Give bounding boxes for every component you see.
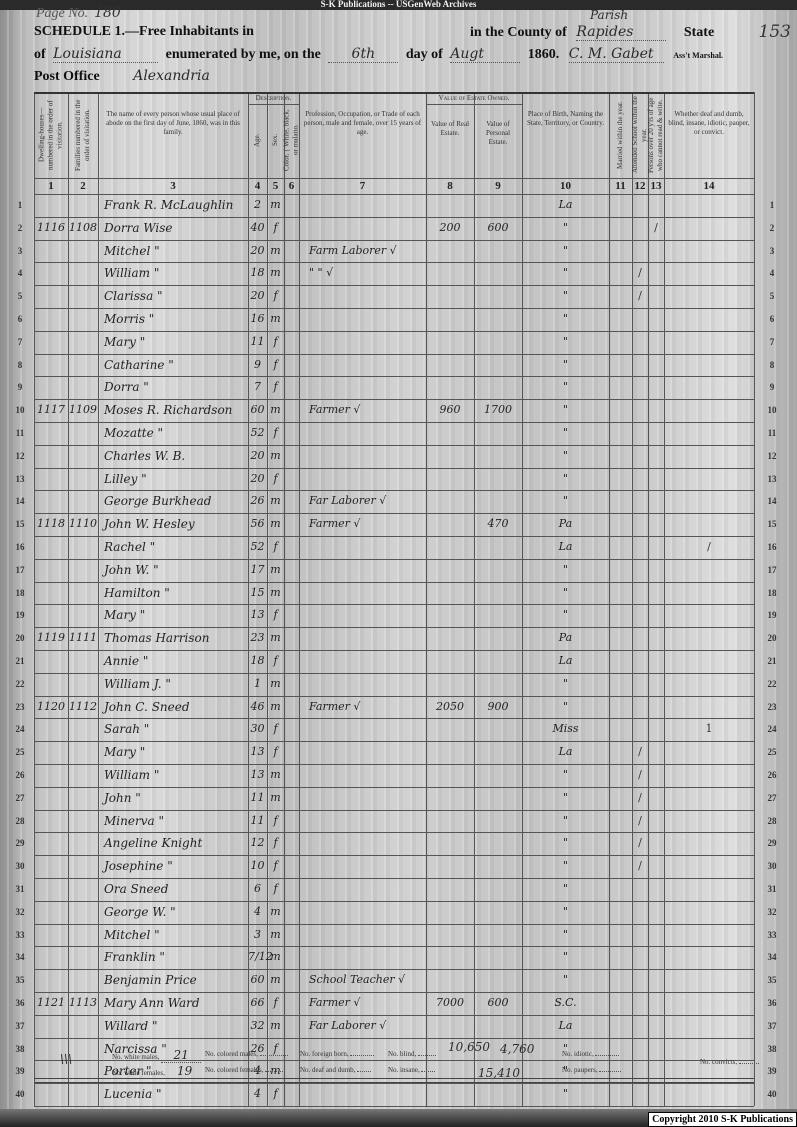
age: 10 — [248, 859, 267, 872]
birthplace: " — [522, 335, 609, 348]
sex: f — [267, 745, 284, 758]
sex: m — [267, 586, 284, 599]
birthplace: " — [522, 244, 609, 257]
attended-school: / — [632, 768, 648, 781]
sex: m — [267, 700, 284, 713]
county-line: in the County of Parish Rapides State — [470, 24, 714, 41]
line-number-right: 29 — [764, 838, 780, 848]
post-office-line: Post Office Alexandria — [34, 68, 210, 85]
line-number-right: 13 — [764, 474, 780, 484]
family-number: 1111 — [68, 631, 98, 644]
line-number-right: 4 — [764, 268, 780, 278]
person-name: William " — [104, 768, 159, 782]
age: 17 — [248, 563, 267, 576]
line-number-right: 35 — [764, 975, 780, 985]
line-number-right: 11 — [764, 428, 780, 438]
column-header-14: Whether deaf and dumb, blind, insane, id… — [667, 110, 751, 137]
attended-school: / — [632, 859, 648, 872]
marshal-name: C. M. Gabet — [569, 46, 664, 63]
birthplace: La — [522, 198, 609, 211]
birthplace: " — [522, 403, 609, 416]
line-number-right: 2 — [764, 223, 780, 233]
group-rule — [426, 104, 522, 105]
column-header-2: Families numbered in the order of visita… — [70, 96, 96, 174]
real-estate-value: 2050 — [426, 700, 474, 713]
age: 4 — [248, 905, 267, 918]
line-number-right: 14 — [764, 496, 780, 506]
colored-males-label: No. colored males, — [205, 1050, 258, 1058]
age: 1 — [248, 677, 267, 690]
age: 11 — [248, 814, 267, 827]
column-number-7: 7 — [299, 180, 426, 192]
family-number: 1109 — [68, 403, 98, 416]
column-number-14: 14 — [664, 180, 754, 192]
header-bottom-rule — [34, 178, 754, 179]
age: 46 — [248, 700, 267, 713]
line-number-right: 18 — [764, 588, 780, 598]
personal-estate-value: 600 — [474, 221, 522, 234]
line-number-right: 36 — [764, 998, 780, 1008]
deaf-dumb-count: No. deaf and dumb, — [300, 1066, 371, 1074]
age: 6 — [248, 882, 267, 895]
age: 7/12 — [248, 950, 267, 963]
line-number-left: 20 — [12, 633, 28, 643]
page-number-label: Page No. — [36, 6, 88, 21]
line-number-left: 19 — [12, 610, 28, 620]
birthplace: " — [522, 221, 609, 234]
sex: m — [267, 928, 284, 941]
line-number-left: 9 — [12, 382, 28, 392]
age: 13 — [248, 608, 267, 621]
stamp-number: 153 — [759, 22, 791, 42]
birthplace: " — [522, 380, 609, 393]
convicts-label: No. convicts, — [700, 1058, 737, 1066]
insane-count: No. insane, — [388, 1066, 435, 1074]
line-number-left: 16 — [12, 542, 28, 552]
line-number-left: 36 — [12, 998, 28, 1008]
age: 60 — [248, 973, 267, 986]
year-value: 1860. — [528, 47, 560, 62]
parish-value: Parish — [590, 8, 628, 22]
sex: m — [267, 312, 284, 325]
person-name: John " — [104, 791, 141, 805]
page-number-value: 180 — [94, 5, 121, 21]
line-number-left: 12 — [12, 451, 28, 461]
age: 11 — [248, 791, 267, 804]
line-number-left: 8 — [12, 360, 28, 370]
age: 2 — [248, 198, 267, 211]
idiotic-label: No. idiotic, — [562, 1050, 594, 1058]
birthplace: Miss — [522, 722, 609, 735]
column-number-5: 5 — [267, 180, 284, 192]
line-number-right: 24 — [764, 724, 780, 734]
footer-rule — [34, 1078, 754, 1083]
person-name: Moses R. Richardson — [104, 403, 232, 417]
blind-label: No. blind, — [388, 1050, 416, 1058]
personal-estate-value: 900 — [474, 700, 522, 713]
birthplace: La — [522, 540, 609, 553]
insane-label: No. insane, — [388, 1066, 420, 1074]
person-name: Mary " — [104, 608, 145, 622]
occupation: " " √ — [309, 266, 333, 279]
family-number: 1110 — [68, 517, 98, 530]
real-estate-total: 10,650 — [448, 1040, 490, 1054]
birthplace: S.C. — [522, 996, 609, 1009]
person-name: Mary " — [104, 745, 145, 759]
white-females-count: No. white females, 19 — [112, 1064, 203, 1079]
age: 30 — [248, 722, 267, 735]
foreign-born-label: No. foreign born, — [300, 1050, 349, 1058]
age: 13 — [248, 768, 267, 781]
age: 52 — [248, 426, 267, 439]
column-header-7: Profession, Occupation, or Trade of each… — [302, 110, 423, 137]
age: 9 — [248, 358, 267, 371]
age: 16 — [248, 312, 267, 325]
birthplace: " — [522, 700, 609, 713]
person-name: Rachel " — [104, 540, 155, 554]
birthplace: " — [522, 266, 609, 279]
copyright-notice: Copyright 2010 S-K Publications — [648, 1112, 797, 1127]
column-number-3: 3 — [98, 180, 248, 192]
line-number-left: 25 — [12, 747, 28, 757]
dwelling-number: 1118 — [34, 517, 68, 530]
line-number-right: 37 — [764, 1021, 780, 1031]
line-number-right: 1 — [764, 200, 780, 210]
line-number-right: 34 — [764, 952, 780, 962]
line-number-left: 13 — [12, 474, 28, 484]
sex: m — [267, 768, 284, 781]
sex: m — [267, 403, 284, 416]
line-number-left: 40 — [12, 1089, 28, 1099]
line-number-left: 33 — [12, 930, 28, 940]
sex: m — [267, 791, 284, 804]
person-name: William J. " — [104, 677, 171, 691]
column-header-11: Married within the year. — [611, 96, 630, 174]
personal-estate-value: 470 — [474, 517, 522, 530]
paupers-count: No. paupers, — [562, 1066, 621, 1074]
deaf-blind-insane: 1 — [664, 722, 754, 735]
white-males-label: No. white males, — [112, 1053, 159, 1061]
schedule-label: SCHEDULE 1. — [34, 24, 125, 39]
person-name: Thomas Harrison — [104, 631, 210, 645]
line-number-right: 33 — [764, 930, 780, 940]
age: 20 — [248, 449, 267, 462]
idiotic-count: No. idiotic, — [562, 1050, 619, 1058]
column-header-3: The name of every person whose usual pla… — [101, 110, 245, 137]
line-number-left: 5 — [12, 291, 28, 301]
sex: m — [267, 449, 284, 462]
person-name: Dorra Wise — [104, 221, 173, 235]
sex: f — [267, 1087, 284, 1100]
header-top-rule — [34, 92, 754, 94]
age: 3 — [248, 928, 267, 941]
sex: f — [267, 996, 284, 1009]
convicts-count: No. convicts, — [700, 1058, 759, 1066]
column-number-13: 13 — [648, 180, 664, 192]
column-number-1: 1 — [34, 180, 68, 192]
sex: f — [267, 882, 284, 895]
white-males-count: No. white males, 21 — [112, 1048, 201, 1063]
person-name: John W. Hesley — [104, 517, 195, 531]
sex: m — [267, 198, 284, 211]
line-number-right: 23 — [764, 702, 780, 712]
sex: m — [267, 244, 284, 257]
age: 26 — [248, 494, 267, 507]
person-name: Franklin " — [104, 950, 165, 964]
person-name: George W. " — [104, 905, 176, 919]
person-name: George Burkhead — [104, 494, 211, 508]
sex: f — [267, 814, 284, 827]
county-value: Rapides — [576, 24, 666, 41]
post-office-label: Post Office — [34, 69, 100, 84]
column-rule — [754, 92, 755, 1106]
group-rule — [248, 104, 299, 105]
age: 40 — [248, 221, 267, 234]
sex: f — [267, 836, 284, 849]
sex: m — [267, 973, 284, 986]
day-value: 6th — [328, 46, 398, 63]
line-number-left: 18 — [12, 588, 28, 598]
line-number-right: 16 — [764, 542, 780, 552]
real-estate-value: 960 — [426, 403, 474, 416]
sex: m — [267, 1019, 284, 1032]
deaf-dumb-label: No. deaf and dumb, — [300, 1066, 355, 1074]
line-number-left: 4 — [12, 268, 28, 278]
column-header-8: Value of Real Estate. — [429, 120, 471, 138]
person-name: Benjamin Price — [104, 973, 197, 987]
sex: m — [267, 517, 284, 530]
birthplace: " — [522, 950, 609, 963]
person-name: Josephine " — [104, 859, 173, 873]
column-header-10: Place of Birth, Naming the State, Territ… — [525, 110, 606, 128]
birthplace: " — [522, 791, 609, 804]
line-number-right: 9 — [764, 382, 780, 392]
age: 52 — [248, 540, 267, 553]
line-number-right: 10 — [764, 405, 780, 415]
line-number-left: 11 — [12, 428, 28, 438]
enumeration-line: of Louisiana enumerated by me, on the 6t… — [34, 46, 723, 63]
census-page: S-K Publications -- USGenWeb Archives Pa… — [0, 0, 797, 1127]
age: 66 — [248, 996, 267, 1009]
line-number-right: 15 — [764, 519, 780, 529]
occupation: Farmer √ — [309, 996, 360, 1009]
sex: f — [267, 358, 284, 371]
real-estate-value: 200 — [426, 221, 474, 234]
line-number-left: 32 — [12, 907, 28, 917]
foreign-born-count: No. foreign born, — [300, 1050, 374, 1058]
column-number-10: 10 — [522, 180, 609, 192]
birthplace: " — [522, 859, 609, 872]
column-header-13: Persons over 20 y'rs of age who cannot r… — [650, 96, 662, 174]
age: 56 — [248, 517, 267, 530]
birthplace: " — [522, 768, 609, 781]
dwelling-number: 1121 — [34, 996, 68, 1009]
age: 13 — [248, 745, 267, 758]
birthplace: Pa — [522, 517, 609, 530]
tally-mark: \\\ — [60, 1052, 72, 1066]
person-name: Hamilton " — [104, 586, 170, 600]
sex: f — [267, 426, 284, 439]
person-name: Morris " — [104, 312, 154, 326]
birthplace: " — [522, 973, 609, 986]
line-number-left: 15 — [12, 519, 28, 529]
tally-mark-text: \\\ — [60, 1052, 72, 1066]
blind-count: No. blind, — [388, 1050, 436, 1058]
attended-school: / — [632, 791, 648, 804]
sex: m — [267, 494, 284, 507]
sex: f — [267, 722, 284, 735]
sex: m — [267, 950, 284, 963]
white-females-label: No. white females, — [112, 1069, 165, 1077]
colored-females-count: No. colored females, — [205, 1066, 285, 1074]
person-name: Catharine " — [104, 358, 174, 372]
birthplace: " — [522, 586, 609, 599]
line-number-right: 31 — [764, 884, 780, 894]
county-label: in the County of — [470, 25, 567, 40]
line-number-left: 24 — [12, 724, 28, 734]
family-number: 1108 — [68, 221, 98, 234]
sex: f — [267, 608, 284, 621]
line-number-left: 17 — [12, 565, 28, 575]
white-females-value: 19 — [167, 1064, 203, 1079]
personal-estate-value: 600 — [474, 996, 522, 1009]
family-number: 1112 — [68, 700, 98, 713]
sex: f — [267, 221, 284, 234]
line-number-right: 39 — [764, 1066, 780, 1076]
person-name: William " — [104, 266, 159, 280]
column-header-9: Value of Personal Estate. — [477, 120, 519, 147]
line-number-right: 38 — [764, 1044, 780, 1054]
line-number-left: 22 — [12, 679, 28, 689]
sex: f — [267, 289, 284, 302]
occupation: Far Laborer √ — [309, 494, 386, 507]
birthplace: La — [522, 1019, 609, 1032]
attended-school: / — [632, 814, 648, 827]
sex: f — [267, 380, 284, 393]
person-name: Sarah " — [104, 722, 149, 736]
line-number-left: 6 — [12, 314, 28, 324]
page-number: Page No.180 — [36, 5, 121, 22]
person-name: John C. Sneed — [104, 700, 190, 714]
line-number-left: 14 — [12, 496, 28, 506]
person-name: Mitchel " — [104, 928, 160, 942]
attended-school: / — [632, 836, 648, 849]
person-name: Lucenia " — [104, 1087, 162, 1101]
birthplace: Pa — [522, 631, 609, 644]
age: 32 — [248, 1019, 267, 1032]
occupation: Farm Laborer √ — [309, 244, 397, 257]
census-table: Description.Value of Estate Owned.Dwelli… — [34, 92, 754, 1042]
line-number-left: 39 — [12, 1066, 28, 1076]
line-number-left: 21 — [12, 656, 28, 666]
line-number-right: 19 — [764, 610, 780, 620]
person-name: Dorra " — [104, 380, 149, 394]
schedule-title: SCHEDULE 1.—Free Inhabitants in — [34, 24, 254, 40]
line-number-right: 12 — [764, 451, 780, 461]
person-name: Annie " — [104, 654, 148, 668]
birthplace: " — [522, 472, 609, 485]
cannot-read-write: / — [648, 221, 664, 234]
line-number-left: 7 — [12, 337, 28, 347]
column-number-11: 11 — [609, 180, 632, 192]
attended-school: / — [632, 745, 648, 758]
person-name: Willard " — [104, 1019, 158, 1033]
line-number-right: 3 — [764, 246, 780, 256]
column-header-1: Dwelling-houses—numbered in the order of… — [36, 96, 66, 174]
sex: f — [267, 335, 284, 348]
sex: f — [267, 540, 284, 553]
line-number-right: 17 — [764, 565, 780, 575]
dwelling-number: 1117 — [34, 403, 68, 416]
age: 4 — [248, 1087, 267, 1100]
state-value: Louisiana — [53, 46, 158, 63]
birthplace: " — [522, 677, 609, 690]
line-number-left: 2 — [12, 223, 28, 233]
line-number-left: 1 — [12, 200, 28, 210]
column-number-4: 4 — [248, 180, 267, 192]
line-number-left: 27 — [12, 793, 28, 803]
person-name: Mary " — [104, 335, 145, 349]
person-name: John W. " — [104, 563, 159, 577]
birthplace: " — [522, 1087, 609, 1100]
line-number-left: 10 — [12, 405, 28, 415]
personal-estate-total: 4,760 — [500, 1042, 534, 1056]
real-estate-value: 7000 — [426, 996, 474, 1009]
line-number-right: 26 — [764, 770, 780, 780]
schedule-subtitle: —Free Inhabitants in — [125, 24, 254, 39]
post-office-value: Alexandria — [133, 68, 210, 84]
age: 20 — [248, 244, 267, 257]
occupation: School Teacher √ — [309, 973, 405, 986]
column-number-12: 12 — [632, 180, 648, 192]
birthplace: " — [522, 449, 609, 462]
birthplace: " — [522, 814, 609, 827]
person-name: Minerva " — [104, 814, 164, 828]
real-estate-total-value: 10,650 — [448, 1040, 490, 1054]
occupation: Farmer √ — [309, 700, 360, 713]
column-header-4: Age. — [250, 106, 265, 174]
age: 7 — [248, 380, 267, 393]
person-name: Mary Ann Ward — [104, 996, 200, 1010]
age: 11 — [248, 335, 267, 348]
dwelling-number: 1119 — [34, 631, 68, 644]
line-number-right: 32 — [764, 907, 780, 917]
enumerated-label: enumerated by me, on the — [166, 47, 321, 62]
line-number-left: 23 — [12, 702, 28, 712]
sex: m — [267, 563, 284, 576]
month-value: Augt — [450, 46, 520, 63]
birthplace: " — [522, 882, 609, 895]
occupation: Farmer √ — [309, 517, 360, 530]
sex: m — [267, 905, 284, 918]
person-name: Mitchel " — [104, 244, 160, 258]
age: 18 — [248, 266, 267, 279]
line-number-left: 3 — [12, 246, 28, 256]
sex: m — [267, 677, 284, 690]
paupers-label: No. paupers, — [562, 1066, 598, 1074]
deaf-blind-insane: / — [664, 540, 754, 553]
column-header-5: Sex. — [269, 106, 282, 174]
line-number-left: 37 — [12, 1021, 28, 1031]
column-number-9: 9 — [474, 180, 522, 192]
colored-females-label: No. colored females, — [205, 1066, 263, 1074]
birthplace: " — [522, 312, 609, 325]
personal-estate-total-value: 4,760 — [500, 1042, 534, 1056]
age: 15 — [248, 586, 267, 599]
line-number-left: 34 — [12, 952, 28, 962]
person-name: Ora Sneed — [104, 882, 168, 896]
age: 20 — [248, 289, 267, 302]
